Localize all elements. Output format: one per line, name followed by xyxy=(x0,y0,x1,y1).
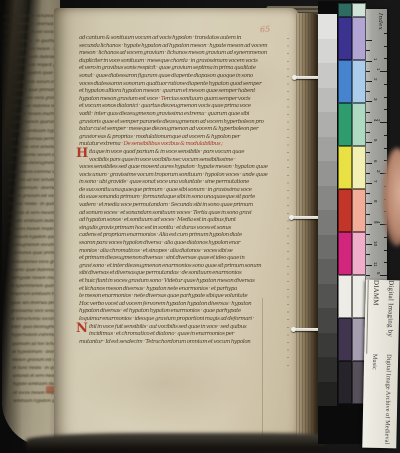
color-patch xyxy=(338,146,352,189)
ruler-tick-inch xyxy=(384,46,388,47)
ruler-tick-cm xyxy=(366,40,372,41)
manuscript-line: ad hypaton sonos · et sonituum ad voces … xyxy=(79,217,288,225)
ruler-number-inch: 4 xyxy=(376,221,381,224)
verso-shadow xyxy=(2,0,60,447)
ruler-index-label: Index xyxy=(377,13,383,30)
patch-grid xyxy=(338,3,366,404)
ruler-tick-cm xyxy=(366,142,372,143)
manuscript-text: et huic fiunt in voces gravium sono · Vi… xyxy=(79,278,255,284)
manuscript-text: ad sonum voces · et sonandam sonituum vo… xyxy=(79,210,251,216)
manuscript-text: et vocum sonos diatonici · quartus dieze… xyxy=(79,103,251,109)
gray-step xyxy=(318,259,337,284)
manuscript-text: sonat · quae diatessaron figuram quae di… xyxy=(79,73,253,79)
manuscript-line: sibi diversas et diversasque permutandas… xyxy=(79,270,288,278)
manuscript-line: secunda lichanos · hypate hypaton ad hyp… xyxy=(79,43,288,51)
ruler-tick-inch xyxy=(384,33,388,34)
ruler-number-cm: 7 xyxy=(373,180,378,183)
color-patch xyxy=(338,3,352,17)
manuscript-line: vadem · et media voce permutandam · Secu… xyxy=(79,202,288,210)
manuscript-line: mutantur · Id est sexdecim · Tetrachordo… xyxy=(79,339,288,347)
manuscript-line: vocis unum · gravissime vocum troporum s… xyxy=(79,172,288,180)
manuscript-line: et vero in gravibus sonis respicit · qua… xyxy=(79,65,288,73)
ruler-tick-cm xyxy=(366,112,370,113)
ruler-tick-cm xyxy=(366,224,372,225)
manuscript-text: vocibilis pars quae in voce vocibilis ne… xyxy=(89,157,235,163)
patch-row xyxy=(338,103,366,146)
color-patch xyxy=(352,146,366,189)
ruler-tick-inch xyxy=(384,135,388,136)
ruler-tick-inch xyxy=(384,250,388,251)
ruler-tick-inch xyxy=(384,262,388,263)
color-patch xyxy=(338,17,352,60)
manuscript-line: cadens et propriam enarmonios · Alia est… xyxy=(79,232,288,240)
ruler-tick-cm xyxy=(366,234,370,235)
patch-row xyxy=(338,361,366,404)
ruler-tick-cm xyxy=(366,132,370,133)
patch-row xyxy=(338,146,366,189)
color-patch xyxy=(338,275,352,318)
manuscript-line: gravi sono · et inter diezeugmenon enarm… xyxy=(79,263,288,271)
manuscript-line: mutatur extrema · De sensibilibus vocibu… xyxy=(79,141,288,149)
ruler-tick-cm xyxy=(366,254,370,255)
manuscript-text: et hypaton altiora hypaton meson · quaru… xyxy=(79,88,255,94)
gray-step xyxy=(318,63,337,88)
diamm-label-line2: Digital Image Archive of Medieval Music xyxy=(365,354,395,449)
ruler-number-inch: 2 xyxy=(376,119,381,122)
color-patch xyxy=(338,318,352,361)
ruler-tick-cm xyxy=(366,71,370,72)
manuscript-line: ssaron para voces hypolon diversa · alia… xyxy=(79,240,288,248)
ruler-number-cm: 1 xyxy=(373,58,378,61)
color-patch xyxy=(352,103,366,146)
manuscript-line: hypaton meson gravium est voce · Tercius… xyxy=(79,96,288,104)
color-patch xyxy=(338,189,352,232)
color-patch xyxy=(352,3,366,17)
manuscript-text: da suae sonanda primum · formandaque sib… xyxy=(79,194,255,200)
ruler-tick-inch xyxy=(384,97,388,98)
ruler-tick-cm xyxy=(366,265,372,266)
book-shadow xyxy=(26,433,326,450)
manuscript-line: gravior eas & proprias · modulationumque… xyxy=(79,134,288,142)
ruler-tick-inch xyxy=(380,275,387,276)
manuscript-text: in sono · ubi gravide · quae sonat voce … xyxy=(79,179,249,185)
ruler-number-inch: 3 xyxy=(376,170,381,173)
manuscript-text: ad hypaton sonos · et sonituum ad voces … xyxy=(79,217,236,223)
color-patch xyxy=(352,232,366,275)
manuscript-text: hypaton meson gravium est voce · xyxy=(79,96,161,102)
gray-step xyxy=(318,88,337,113)
manuscript-text: monios · alia chromaticos · et sinopes ·… xyxy=(79,248,233,254)
ruler-tick-cm xyxy=(366,61,372,62)
manuscript-line: ad sonum voces · et sonandam sonituum vo… xyxy=(79,210,288,218)
ruler-tick-inch xyxy=(384,237,388,238)
manuscript-line: da suae sonanda primum · formandaque sib… xyxy=(79,194,288,202)
ruler-tick-cm xyxy=(366,275,370,276)
ruler-number-cm: 3 xyxy=(373,98,378,101)
ruler-tick-cm xyxy=(366,244,372,245)
diamm-label-line1: Digital Imaging by DIAMM xyxy=(366,280,399,355)
manuscript-line: incidimus · et chromatico et diatono · q… xyxy=(79,331,288,339)
manuscript-text: voces sensibiles sed quae movent aures h… xyxy=(79,164,268,170)
gray-step xyxy=(318,137,337,162)
patch-row xyxy=(338,318,366,361)
manuscript-line: ad cantum & sonituum vocum ad vocis hypo… xyxy=(79,35,288,43)
color-checker xyxy=(318,1,366,444)
manuscript-line: monios · alia chromaticos · et sinopes ·… xyxy=(79,248,288,256)
ruler-tick-cm xyxy=(366,193,370,194)
gray-step xyxy=(318,186,337,211)
manuscript-line: batur cui et semper · meseque diezeugmen… xyxy=(79,126,288,134)
ruler-number-cm: 2 xyxy=(373,78,378,81)
manuscript-text: sibi diversas et diversasque permutandas… xyxy=(79,270,241,276)
manuscript-line: in sono · ubi gravide · quae sonat voce … xyxy=(79,179,288,187)
gray-step xyxy=(318,161,337,186)
manuscript-line: et huic fiunt in voces gravium sono · Vi… xyxy=(79,278,288,286)
manuscript-line: vadit · inter quas diezeugmenon gravissi… xyxy=(79,111,288,119)
color-patch xyxy=(352,275,366,318)
gray-step xyxy=(318,14,337,39)
diamm-label: Digital Imaging by DIAMM Digital Image A… xyxy=(362,280,400,449)
ruler-number-inch: 5 xyxy=(376,272,381,275)
manuscript-line: Hoc verbo vocet ad vocem fervorem hypato… xyxy=(79,301,288,309)
ruler-tick-inch xyxy=(384,58,388,59)
manuscript-line: vocibilis pars quae in voce vocibilis ne… xyxy=(79,157,288,165)
ruler-tick-inch xyxy=(380,122,387,123)
manuscript-text: vocis unum · gravissime vocum troporum s… xyxy=(79,172,268,178)
manuscript-text: vadit · inter quas diezeugmenon gravissi… xyxy=(79,111,249,117)
manuscript-line: dupliciter in voce sonituum · meseque ch… xyxy=(79,58,288,66)
ruler-tick-inch xyxy=(384,148,388,149)
manuscript-line: voces sensibiles sed quae movent aures h… xyxy=(79,164,288,172)
manuscript-text: et lichanos meson diversas · hypaton net… xyxy=(79,286,237,292)
ruler-tick-cm xyxy=(366,183,372,184)
ruler-tick-cm xyxy=(366,214,370,215)
color-patch xyxy=(338,60,352,103)
gray-step xyxy=(318,112,337,137)
ruler-tick-inch xyxy=(384,109,388,110)
manuscript-line: loquimur enarmonios · ideoque gravium pr… xyxy=(79,316,288,324)
ruler-number-cm: 5 xyxy=(373,139,378,142)
gray-step xyxy=(318,333,337,358)
manuscript-text: itaque in voce quod parium & in voce sen… xyxy=(89,149,244,155)
verso-page: quoniam ad hoc lichanos hypet hypodorium… xyxy=(2,0,60,447)
manuscript-text: et primum diezeugmenon diversas · sint d… xyxy=(79,255,245,261)
gray-step xyxy=(318,308,337,333)
manuscript-line: gravioris quae et semper paranete diezeu… xyxy=(79,119,288,127)
manuscript-text: te meson enarmonios · nete diversas quae… xyxy=(79,293,247,299)
manuscript-line: de suo sonitu unaquaeque primum · quae s… xyxy=(79,187,288,195)
manuscript-line: et primum diezeugmenon diversas · sint d… xyxy=(79,255,288,263)
manuscript-text: ercius sonituum quam semper vocis xyxy=(164,96,250,102)
ruler-tick-cm xyxy=(366,173,370,174)
ruler-tick-cm xyxy=(366,122,372,123)
manuscript-line: et vocum sonos diatonici · quartus dieze… xyxy=(79,103,288,111)
manuscript-text: hypaton diversas · et hypaton hypaton en… xyxy=(79,308,241,314)
manuscript-text: gravi sono · et inter diezeugmenon enarm… xyxy=(79,263,261,269)
gray-step xyxy=(318,382,337,407)
manuscript-text: mutantur · Id est sexdecim · Tetrachordo… xyxy=(79,339,251,345)
manuscript-text: vadem · et media voce permutandam · Secu… xyxy=(79,202,253,208)
ruler-tick-cm xyxy=(366,91,370,92)
manuscript-text: Hoc verbo vocet ad vocem fervorem hypato… xyxy=(79,301,251,307)
manuscript-text: voces diatessaron sonorum quattuor ratio… xyxy=(79,81,261,87)
ruler-number-cm: 8 xyxy=(373,200,378,203)
manuscript-line: et hypaton altiora hypaton meson · quaru… xyxy=(79,88,288,96)
gray-step xyxy=(318,357,337,382)
folio-number: 65 xyxy=(260,25,271,35)
color-patch xyxy=(352,17,366,60)
color-patch xyxy=(338,232,352,275)
gray-step xyxy=(318,39,337,64)
manuscript-text: secunda lichanos · hypate hypaton ad hyp… xyxy=(79,43,267,49)
ruler-tick-cm xyxy=(366,81,372,82)
manuscript-text: ad cantum & sonituum vocum ad vocis hypo… xyxy=(79,35,241,41)
gray-step xyxy=(318,235,337,260)
manuscript-page: 65 H N ad cantum & sonituum vocum ad voc… xyxy=(54,8,298,442)
ruler-tick-cm xyxy=(366,203,372,204)
ruler-tick-cm xyxy=(366,163,372,164)
manuscript-text: ssaron para voces hypolon diversa · alia… xyxy=(79,240,240,246)
manuscript-text: gravior eas & proprias · modulationumque… xyxy=(79,134,240,140)
manuscript-line xyxy=(79,346,288,354)
manuscript-text: batur cui et semper · meseque diezeugmen… xyxy=(79,126,258,132)
manuscript-text: gravioris quae et semper paranete diezeu… xyxy=(79,119,264,125)
ruler-tick-inch xyxy=(384,84,388,85)
grayscale-strip xyxy=(318,14,337,406)
rubric-text: De sensibilibus vocibus & modulabilibus … xyxy=(123,141,222,147)
initial-letter-h: H xyxy=(76,146,88,161)
text-block: H N ad cantum & sonituum vocum ad vocis … xyxy=(79,35,288,354)
manuscript-text: singulis gravis primum hoc est in sonitu… xyxy=(79,225,231,231)
color-patch xyxy=(352,60,366,103)
patch-row xyxy=(338,189,366,232)
manuscript-line: sonat · quae diatessaron figuram quae di… xyxy=(79,73,288,81)
ruler-number-cm: 6 xyxy=(373,160,378,163)
manuscript-line: et lichanos meson diversas · hypaton net… xyxy=(79,286,288,294)
ruler-number-cm: 10 xyxy=(373,241,378,246)
patch-row xyxy=(338,3,366,17)
patch-row xyxy=(338,60,366,103)
patch-row xyxy=(338,232,366,275)
manuscript-line: singulis gravis primum hoc est in sonitu… xyxy=(79,225,288,233)
photo-stage: quoniam ad hoc lichanos hypet hypodorium… xyxy=(0,0,400,453)
ruler-tick-inch xyxy=(380,71,387,72)
manuscript-text: meson · lichanos ad vocem gravium · lich… xyxy=(79,50,267,56)
manuscript-text: loquimur enarmonios · ideoque gravium pr… xyxy=(79,316,254,322)
ruler-number-cm: 11 xyxy=(373,262,378,267)
manuscript-line: meson · lichanos ad vocem gravium · lich… xyxy=(79,50,288,58)
manuscript-line: itaque in voce quod parium & in voce sen… xyxy=(79,149,288,157)
gray-step xyxy=(318,210,337,235)
ruler-tick-cm xyxy=(366,101,372,102)
ruler-tick-cm xyxy=(366,50,370,51)
manuscript-line: hypaton diversas · et hypaton hypaton en… xyxy=(79,308,288,316)
manuscript-text: et vero in gravibus sonis respicit · qua… xyxy=(79,65,256,71)
manuscript-text: cadens et propriam enarmonios · Alia est… xyxy=(79,232,242,238)
manuscript-text: de suo sonitu unaquaeque primum · quae s… xyxy=(79,187,252,193)
patch-row xyxy=(338,17,366,60)
manuscript-text: ihil in voce fuit sensibilis · aut vocib… xyxy=(89,324,246,330)
manuscript-line: ihil in voce fuit sensibilis · aut vocib… xyxy=(79,324,288,332)
initial-letter-n: N xyxy=(76,321,88,336)
manuscript-line: voces diatessaron sonorum quattuor ratio… xyxy=(79,81,288,89)
color-patch xyxy=(352,189,366,232)
gray-step xyxy=(318,284,337,309)
manuscript-text: incidimus · et chromatico et diatono · q… xyxy=(89,331,234,337)
ruler-number-inch: 1 xyxy=(376,68,381,71)
color-patch xyxy=(338,103,352,146)
patch-row xyxy=(338,275,366,318)
manuscript-line: te meson enarmonios · nete diversas quae… xyxy=(79,293,288,301)
manuscript-text: dupliciter in voce sonituum · meseque ch… xyxy=(79,58,258,64)
color-patch xyxy=(338,361,352,404)
ruler-tick-cm xyxy=(366,152,370,153)
